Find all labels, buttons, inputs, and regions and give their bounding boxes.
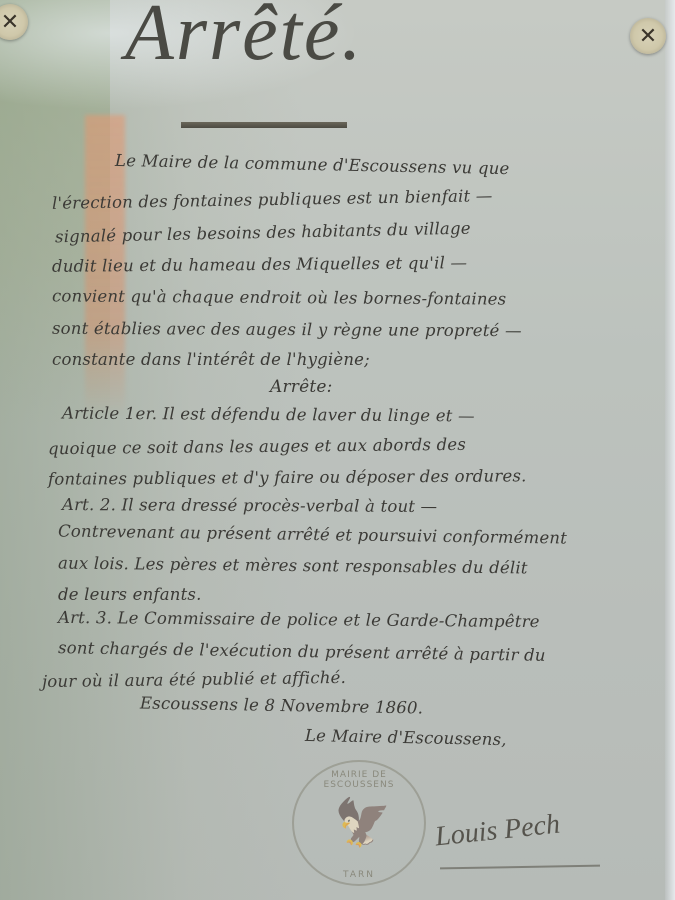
title-underline — [181, 122, 347, 128]
article-2-line: Art. 2. Il sera dressé procès-verbal à t… — [62, 495, 437, 516]
decision-heading: Arrête: — [270, 377, 333, 397]
document-title: Arrêté. — [125, 0, 363, 79]
stamp-bottom-text: TARN — [294, 870, 424, 880]
article-1-line: Article 1er. Il est défendu de laver du … — [62, 404, 475, 426]
official-stamp: MAIRIE DE ESCOUSSENS 🦅 TARN — [292, 760, 426, 886]
preamble-line: convient qu'à chaque endroit où les born… — [52, 286, 506, 308]
frame-edge — [665, 0, 675, 900]
preamble-line: constante dans l'intérêt de l'hygiène; — [52, 350, 370, 369]
article-2-line: de leurs enfants. — [58, 585, 202, 604]
preamble-line: dudit lieu et du hameau des Miquelles et… — [52, 253, 467, 276]
eagle-icon: 🦅 — [334, 792, 384, 852]
article-1-line: fontaines publiques et d'y faire ou dépo… — [48, 466, 527, 488]
screw-icon: ✕ — [630, 18, 666, 54]
stamp-top-text: MAIRIE DE ESCOUSSENS — [294, 770, 424, 790]
preamble-line: sont établies avec des auges il y règne … — [52, 319, 522, 340]
